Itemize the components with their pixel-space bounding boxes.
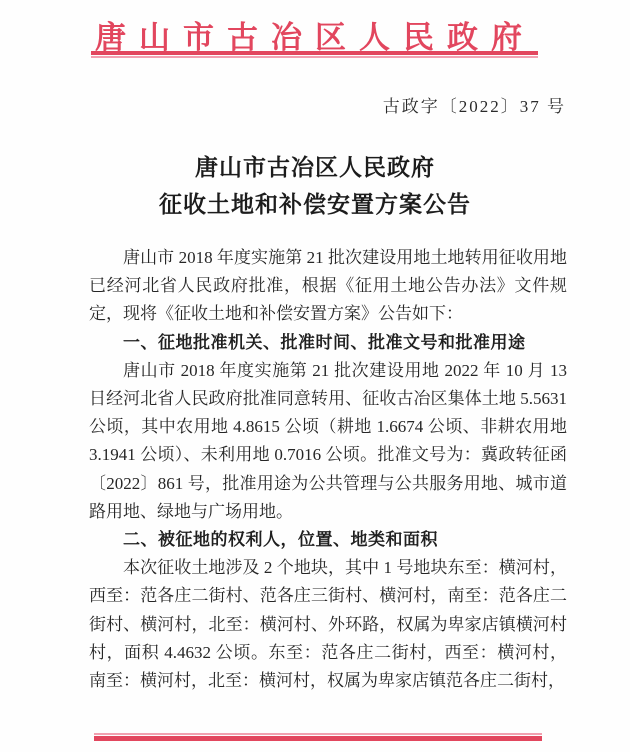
body-heading-section-1: 一、征地批准机关、批准时间、批准文号和批准用途: [89, 329, 567, 357]
document-body: 唐山市 2018 年度实施第 21 批次建设用地土地转用征收用地已经河北省人民政…: [89, 244, 567, 695]
document-title-line2: 征收土地和补偿安置方案公告: [0, 186, 630, 223]
official-document-page: 唐山市古冶区人民政府 古政字〔2022〕37 号 唐山市古冶区人民政府 征收土地…: [0, 0, 630, 752]
body-paragraph-section-2: 本次征收土地涉及 2 个地块，其中 1 号地块东至：横河村，西至：范各庄二街村、…: [89, 554, 567, 695]
body-paragraph-intro: 唐山市 2018 年度实施第 21 批次建设用地土地转用征收用地已经河北省人民政…: [89, 244, 567, 329]
document-title: 唐山市古冶区人民政府 征收土地和补偿安置方案公告: [0, 149, 630, 223]
footer-rule-thick-bar: [94, 736, 542, 741]
body-heading-section-2: 二、被征地的权利人，位置、地类和面积: [89, 526, 567, 554]
masthead-divider-rule: [91, 51, 538, 58]
document-reference-number: 古政字〔2022〕37 号: [383, 92, 566, 117]
body-paragraph-section-1: 唐山市 2018 年度实施第 21 批次建设用地 2022 年 10 月 13 …: [89, 357, 567, 526]
document-title-line1: 唐山市古冶区人民政府: [0, 149, 630, 186]
footer-divider-rule: [94, 733, 542, 741]
masthead-rule-thin-bar: [91, 56, 538, 58]
